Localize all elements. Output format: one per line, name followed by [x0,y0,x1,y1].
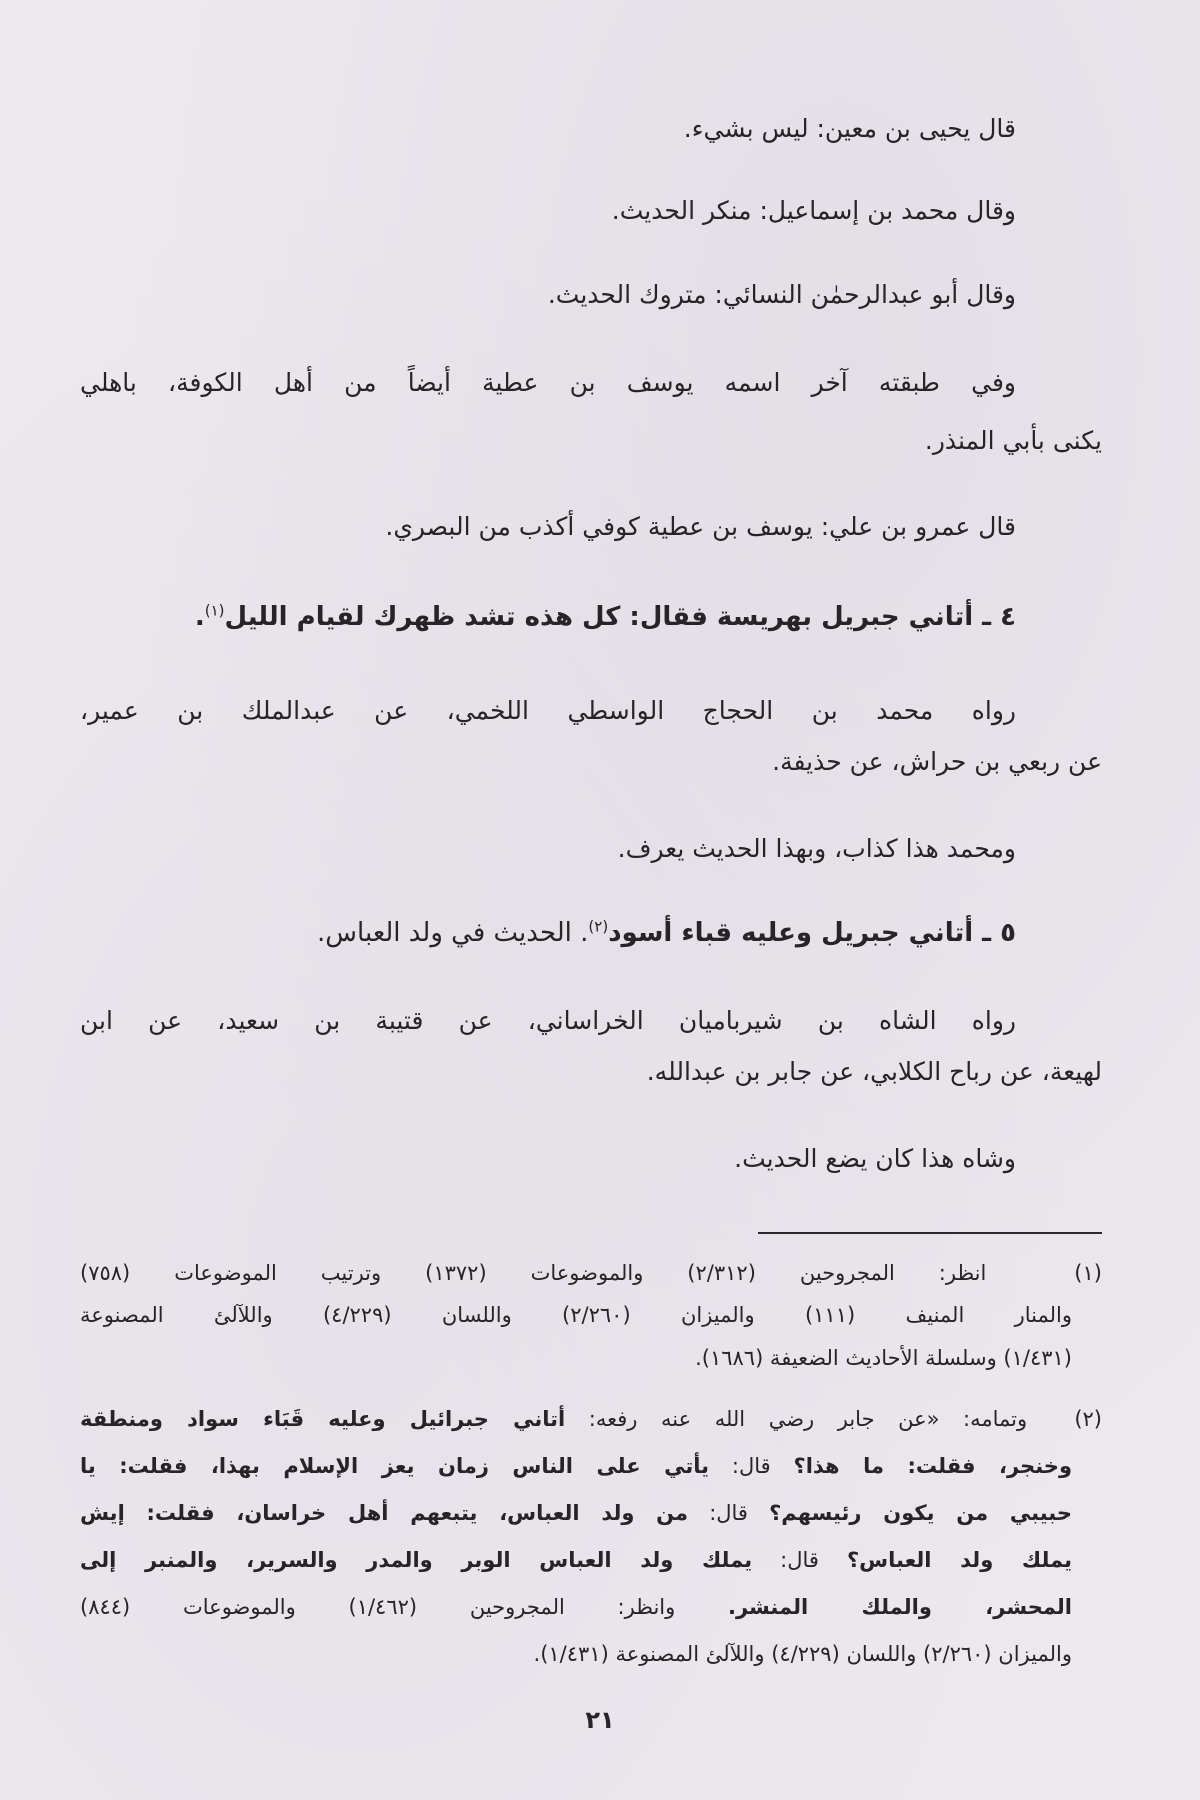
footnote-1-text: انظر: المجروحين (٢/٣١٢) والموضوعات (١٣٧٢… [80,1261,986,1285]
footnote-2-line6: والميزان (٢/٢٦٠) واللسان (٤/٢٢٩) واللآلئ… [534,1639,1072,1669]
hadith-heading-5-rest: . الحديث في ولد العباس. [317,918,588,948]
footnote-2-line4: يملك ولد العباس؟ قال: يملك ولد العباس ال… [80,1545,1072,1575]
footnote-2-l3b: من ولد العباس، يتبعهم أهل خراسان، فقلت: … [80,1501,688,1525]
footnote-2-line1: (٢) وتمامه: «عن جابر رضي الله عنه رفعه: … [80,1404,1102,1434]
footnote-2-l4a: يملك ولد العباس؟ [847,1548,1072,1572]
footnote-2-intro: وتمامه: «عن جابر رضي الله عنه رفعه: [565,1407,1027,1431]
paragraph-yahya-ibn-maeen: قال يحيى بن معين: ليس بشيء. [684,112,1016,146]
paragraph-shah-fabricator: وشاه هذا كان يضع الحديث. [734,1142,1016,1176]
footnote-1-line2: والمنار المنيف (١١١) والميزان (٢/٢٦٠) وا… [80,1300,1072,1330]
footnote-2-l2qal: قال: [709,1454,794,1478]
footnote-2-l5b: وانظر: المجروحين (١/٤٦٢) والموضوعات (٨٤٤… [80,1595,728,1619]
footnote-2-l3qal: قال: [688,1501,769,1525]
footnote-2-quote: أتاني جبرائيل وعليه قَبَاء سواد ومنطقة [80,1407,565,1431]
page-number: ٢١ [560,1706,640,1734]
footnote-1-line3: (١/٤٣١) وسلسلة الأحاديث الضعيفة (١٦٨٦). [695,1343,1072,1373]
footnote-ref-1[interactable]: (١) [205,601,225,619]
paragraph-yusuf-line1: وفي طبقته آخر اسمه يوسف بن عطية أيضاً من… [80,366,1016,400]
footnote-1-marker: (١) [1074,1261,1102,1285]
footnote-2-line2: وخنجر، فقلت: ما هذا؟ قال: يأتي على الناس… [80,1451,1072,1481]
footnote-2-l2b: يأتي على الناس زمان يعز الإسلام بهذا، فق… [80,1454,709,1478]
hadith-heading-4: ٤ ـ أتاني جبريل بهريسة فقال: كل هذه تشد … [195,600,1016,634]
footnote-2-l4qal: قال: [752,1548,847,1572]
footnote-2-l2a: وخنجر، فقلت: ما هذا؟ [794,1454,1072,1478]
paragraph-riwaya-5-line1: رواه الشاه بن شيرباميان الخراساني، عن قت… [80,1004,1016,1038]
footnote-ref-2[interactable]: (٢) [588,917,608,935]
footnote-2-marker: (٢) [1074,1407,1102,1431]
hadith-heading-4-text: ٤ ـ أتاني جبريل بهريسة فقال: كل هذه تشد … [224,602,1016,632]
hadith-heading-4-end: . [195,602,205,632]
paragraph-nasai: وقال أبو عبدالرحمٰن النسائي: متروك الحدي… [548,278,1016,312]
hadith-heading-5-text: ٥ ـ أتاني جبريل وعليه قباء أسود [608,918,1016,948]
footnote-separator [758,1232,1102,1234]
page-show-through [0,0,1200,1800]
paragraph-muhammad-kadhab: ومحمد هذا كذاب، وبهذا الحديث يعرف. [618,832,1016,866]
footnote-1-line1: (١) انظر: المجروحين (٢/٣١٢) والموضوعات (… [80,1258,1102,1288]
paragraph-amr-ibn-ali: قال عمرو بن علي: يوسف بن عطية كوفي أكذب … [385,510,1016,544]
paragraph-yusuf-line2: يكنى بأبي المنذر. [925,424,1102,458]
paragraph-riwaya-4-line1: رواه محمد بن الحجاج الواسطي اللخمي، عن ع… [80,694,1016,728]
footnote-2-line3: حبيبي من يكون رئيسهم؟ قال: من ولد العباس… [80,1498,1072,1528]
paragraph-riwaya-5-line2: لهيعة، عن رباح الكلابي، عن جابر بن عبدال… [647,1055,1102,1089]
footnote-2-l3a: حبيبي من يكون رئيسهم؟ [769,1501,1072,1525]
footnote-2-l5a: المحشر، والملك المنشر. [728,1595,1072,1619]
paragraph-riwaya-4-line2: عن ربعي بن حراش، عن حذيفة. [772,745,1102,779]
hadith-heading-5: ٥ ـ أتاني جبريل وعليه قباء أسود(٢). الحد… [317,916,1016,950]
footnote-2-line5: المحشر، والملك المنشر. وانظر: المجروحين … [80,1592,1072,1622]
footnote-2-l4b: يملك ولد العباس الوبر والمدر والسرير، وا… [80,1548,752,1572]
paragraph-muhammad-ibn-ismail: وقال محمد بن إسماعيل: منكر الحديث. [612,194,1016,228]
